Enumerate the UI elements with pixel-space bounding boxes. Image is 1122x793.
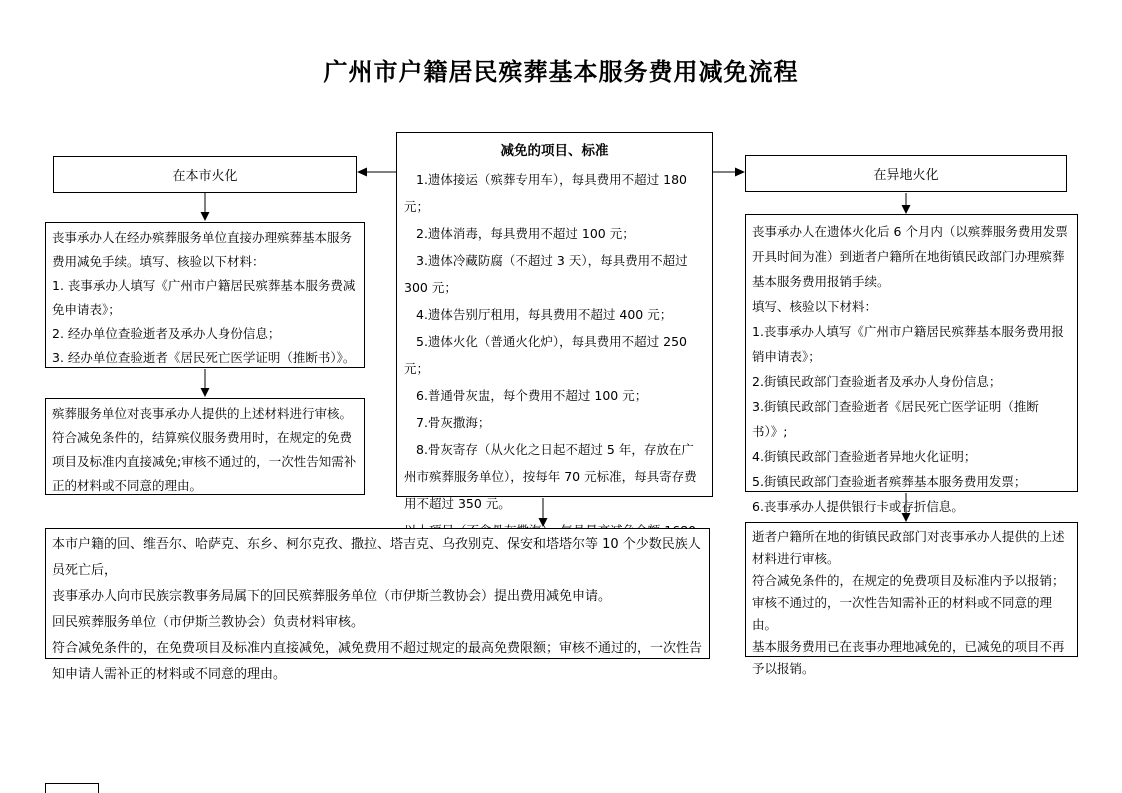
paragraph: 2. 经办单位查验逝者及承办人身份信息；	[52, 322, 358, 346]
arrow-down-icon	[199, 193, 211, 221]
arrow-down-icon	[900, 193, 912, 214]
paragraph: 丧事承办人在遗体火化后 6 个月内（以殡葬服务费用发票开具时间为准）到逝者户籍所…	[752, 219, 1071, 294]
arrow-right-icon	[713, 166, 745, 178]
page-title: 广州市户籍居民殡葬基本服务费用减免流程	[0, 52, 1122, 87]
standards-item: 7.骨灰撒海；	[404, 409, 705, 436]
local-review-box: 殡葬服务单位对丧事承办人提供的上述材料进行审核。符合减免条件的，结算殡仪服务费用…	[45, 398, 365, 495]
standards-item: 5.遗体火化（普通火化炉），每具费用不超过 250 元；	[404, 328, 705, 382]
paragraph: 基本服务费用已在丧事办理地减免的，已减免的项目不再予以报销。	[752, 636, 1071, 680]
local-cremation-label: 在本市火化	[172, 165, 237, 184]
standards-item: 3.遗体冷藏防腐（不超过 3 天），每具费用不超过 300 元；	[404, 247, 705, 301]
paragraph: 回民殡葬服务单位（市伊斯兰教协会）负责材料审核。	[52, 610, 703, 636]
arrow-down-icon	[900, 493, 912, 522]
paragraph: 逝者户籍所在地的街镇民政部门对丧事承办人提供的上述材料进行审核。	[752, 526, 1071, 570]
local-cremation-label-box: 在本市火化	[53, 156, 357, 193]
standards-box-header: 减免的项目、标准	[404, 138, 705, 164]
paragraph: 殡葬服务单位对丧事承办人提供的上述材料进行审核。符合减免条件的，结算殡仪服务费用…	[52, 402, 358, 498]
standards-item: 2.遗体消毒，每具费用不超过 100 元；	[404, 220, 705, 247]
standards-item: 1.遗体接运（殡葬专用车），每具费用不超过 180 元；	[404, 166, 705, 220]
arrow-down-icon	[199, 369, 211, 397]
paragraph: 2.街镇民政部门查验逝者及承办人身份信息；	[752, 369, 1071, 394]
paragraph: 丧事承办人向市民族宗教事务局属下的回民殡葬服务单位（市伊斯兰教协会）提出费用减免…	[52, 584, 703, 610]
minority-box: 本市户籍的回、维吾尔、哈萨克、东乡、柯尔克孜、撒拉、塔吉克、乌孜别克、保安和塔塔…	[45, 528, 710, 659]
standards-item: 6.普通骨灰盅，每个费用不超过 100 元；	[404, 382, 705, 409]
paragraph: 1. 丧事承办人填写《广州市户籍居民殡葬基本服务费减免申请表》；	[52, 274, 358, 322]
standards-box: 减免的项目、标准 1.遗体接运（殡葬专用车），每具费用不超过 180 元； 2.…	[396, 132, 713, 497]
local-apply-box: 丧事承办人在经办殡葬服务单位直接办理殡葬基本服务费用减免手续。填写、核验以下材料…	[45, 222, 365, 368]
paragraph: 4.街镇民政部门查验逝者异地火化证明；	[752, 444, 1071, 469]
paragraph: 1.丧事承办人填写《广州市户籍居民殡葬基本服务费用报销申请表》；	[752, 319, 1071, 369]
remote-cremation-label: 在异地火化	[873, 164, 938, 183]
remote-cremation-label-box: 在异地火化	[745, 155, 1067, 192]
standards-item: 8.骨灰寄存（从火化之日起不超过 5 年，存放在广州市殡葬服务单位），按每年 7…	[404, 436, 705, 517]
arrow-left-icon	[357, 166, 396, 178]
remote-review-box: 逝者户籍所在地的街镇民政部门对丧事承办人提供的上述材料进行审核。 符合减免条件的…	[745, 522, 1078, 657]
paragraph: 5.街镇民政部门查验逝者殡葬基本服务费用发票；	[752, 469, 1071, 494]
paragraph: 填写、核验以下材料：	[752, 294, 1071, 319]
standards-item: 4.遗体告别厅租用，每具费用不超过 400 元；	[404, 301, 705, 328]
arrow-down-icon	[537, 498, 549, 527]
paragraph: 本市户籍的回、维吾尔、哈萨克、东乡、柯尔克孜、撒拉、塔吉克、乌孜别克、保安和塔塔…	[52, 532, 703, 584]
paragraph: 符合减免条件的，在免费项目及标准内直接减免，减免费用不超过规定的最高免费限额；审…	[52, 636, 703, 688]
paragraph: 3. 经办单位查验逝者《居民死亡医学证明（推断书）》。	[52, 346, 358, 370]
remote-apply-box: 丧事承办人在遗体火化后 6 个月内（以殡葬服务费用发票开具时间为准）到逝者户籍所…	[745, 214, 1078, 492]
paragraph: 3.街镇民政部门查验逝者《居民死亡医学证明（推断书）》;	[752, 394, 1071, 444]
next-page-box-fragment	[45, 783, 99, 793]
paragraph: 符合减免条件的，在规定的免费项目及标准内予以报销；审核不通过的，一次性告知需补正…	[752, 570, 1071, 636]
flowchart-page: 广州市户籍居民殡葬基本服务费用减免流程 减免的项目、标准 1.遗体接运（殡葬专用…	[0, 0, 1122, 793]
paragraph: 丧事承办人在经办殡葬服务单位直接办理殡葬基本服务费用减免手续。填写、核验以下材料…	[52, 226, 358, 274]
